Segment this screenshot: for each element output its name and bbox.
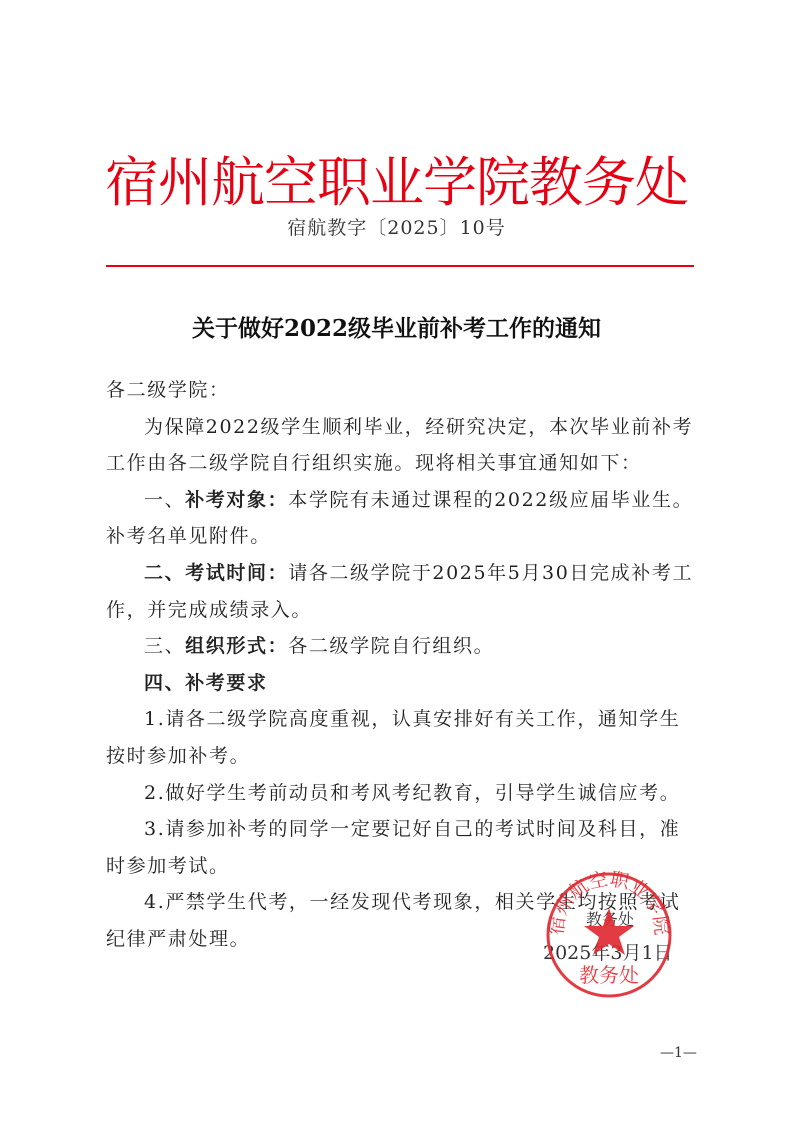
section-heading: 考试时间：	[185, 562, 288, 584]
page-number: —1—	[660, 1045, 697, 1061]
requirement-item: 1.请各二级学院高度重视，认真安排好有关工作，通知学生按时参加补考。	[106, 701, 698, 774]
intro-paragraph: 为保障2022级学生顺利毕业，经研究决定，本次毕业前补考工作由各二级学院自行组织…	[106, 409, 698, 482]
salutation: 各二级学院：	[106, 372, 698, 409]
document-number: 宿航教字〔2025〕10号	[0, 213, 793, 240]
organization-header: 宿州航空职业学院教务处	[0, 140, 793, 217]
section-1: 一、补考对象：本学院有未通过课程的2022级应届毕业生。补考名单见附件。	[106, 482, 698, 555]
red-divider	[106, 265, 694, 267]
section-3: 三、组织形式：各二级学院自行组织。	[106, 628, 698, 665]
requirement-item: 2.做好学生考前动员和考风考纪教育，引导学生诚信应考。	[106, 775, 698, 812]
section-heading: 补考要求	[185, 672, 267, 694]
official-seal-icon: 宿州航空职业学院 教务处	[544, 870, 674, 1000]
section-4: 四、补考要求	[106, 665, 698, 702]
seal-center-text: 教务处	[579, 963, 639, 987]
section-2: 二、考试时间：请各二级学院于2025年5月30日完成补考工作，并完成成绩录入。	[106, 555, 698, 628]
section-heading: 组织形式：	[185, 635, 288, 657]
document-title: 关于做好2022级毕业前补考工作的通知	[0, 310, 793, 343]
section-heading: 补考对象：	[185, 489, 288, 511]
